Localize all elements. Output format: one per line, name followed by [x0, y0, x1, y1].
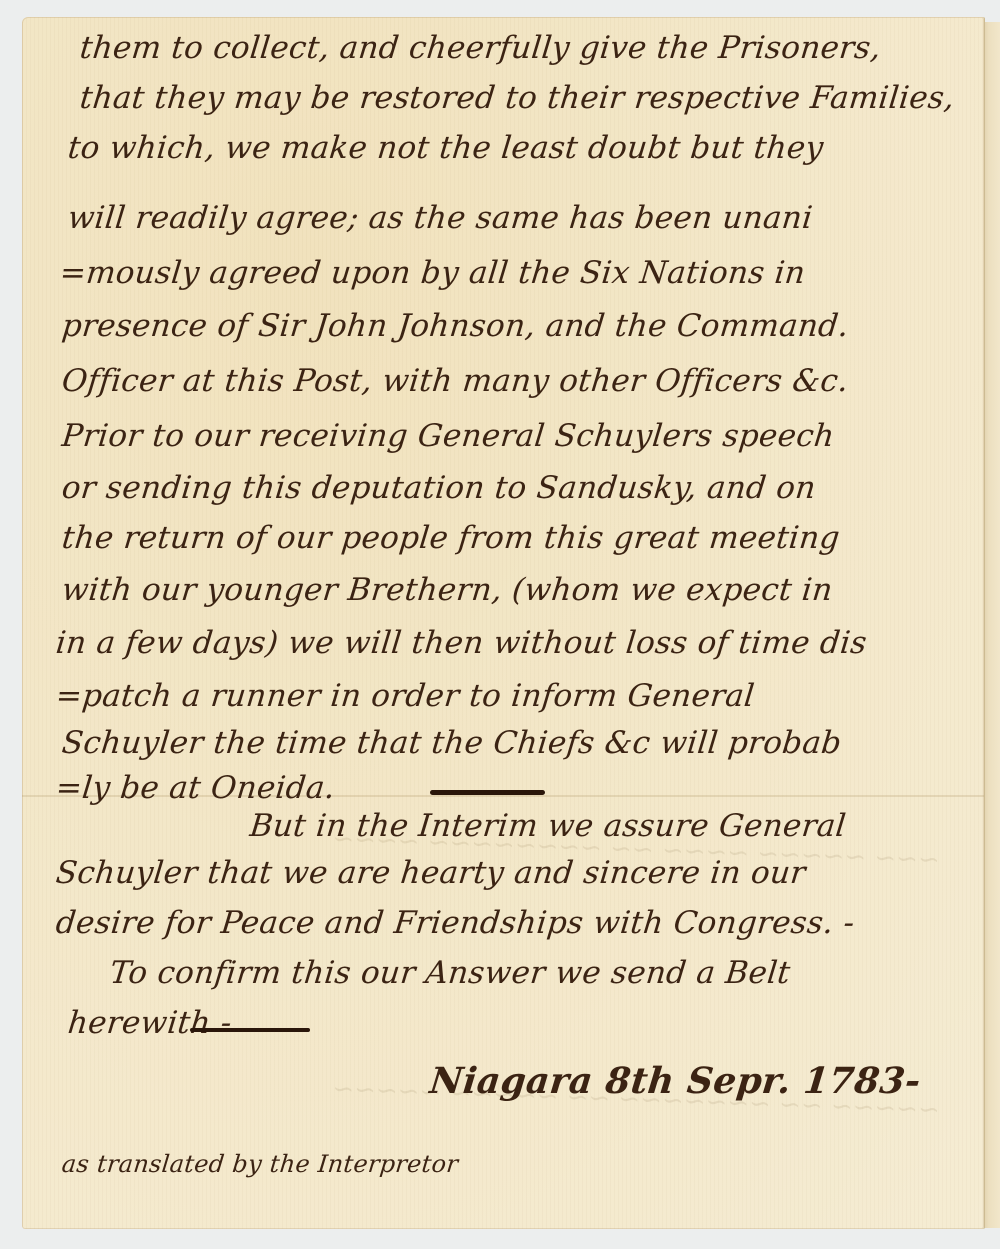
text-line: herewith -	[66, 1005, 233, 1041]
text-line: presence of Sir John Johnson, and the Co…	[60, 308, 850, 344]
text-line: the return of our people from this great…	[60, 520, 842, 556]
letter-page	[22, 17, 984, 1229]
text-line: to which, we make not the least doubt bu…	[66, 130, 825, 166]
text-line: =mously agreed upon by all the Six Natio…	[58, 255, 807, 291]
text-line: =patch a runner in order to inform Gener…	[54, 678, 756, 714]
flourish-line	[190, 1028, 310, 1032]
text-line: with our younger Brethern, (whom we expe…	[60, 572, 834, 608]
text-line: =ly be at Oneida.	[54, 770, 337, 806]
dateline: Niagara 8th Sepr. 1783-	[428, 1060, 923, 1102]
translator-note: as translated by the Interpretor	[61, 1150, 460, 1178]
text-line: But in the Interim we assure General	[248, 808, 848, 844]
text-line: To confirm this our Answer we send a Bel…	[108, 955, 792, 991]
text-line: desire for Peace and Friendships with Co…	[54, 905, 856, 941]
flourish-line	[430, 790, 545, 795]
text-line: will readily agree; as the same has been…	[66, 200, 814, 236]
text-line: Schuyler that we are hearty and sincere …	[54, 855, 807, 891]
text-line: them to collect, and cheerfully give the…	[78, 30, 883, 66]
text-line: that they may be restored to their respe…	[78, 80, 956, 116]
text-line: Schuyler the time that the Chiefs &c wil…	[60, 725, 843, 761]
text-line: in a few days) we will then without loss…	[54, 625, 869, 661]
text-line: Officer at this Post, with many other Of…	[60, 363, 850, 399]
text-line: or sending this deputation to Sandusky, …	[60, 470, 818, 506]
text-line: Prior to our receiving General Schuylers…	[60, 418, 836, 454]
